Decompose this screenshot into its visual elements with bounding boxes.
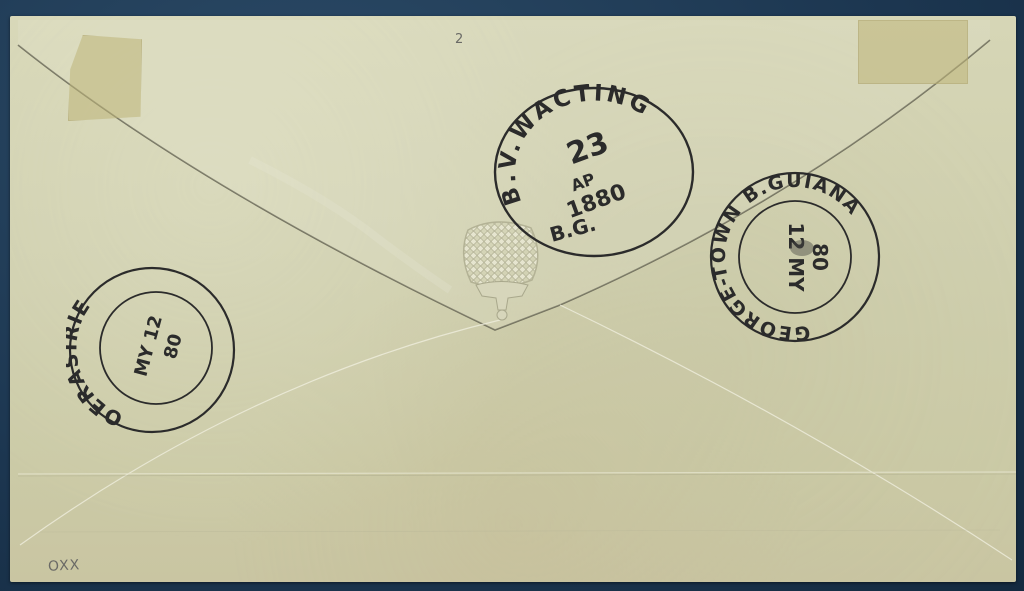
svg-text:OERASIRIE: OERASIRIE [66, 294, 126, 431]
postmark-date: MY 12 [131, 313, 167, 379]
postmark-ring-text: OERASIRIE [66, 294, 126, 431]
pencil-mark-bottom: OXX [48, 557, 81, 575]
postmark-date: 12 MY [784, 222, 808, 292]
postmark-georgetown: GEORGE-TOWN B.GUIANA 12 MY 80 [706, 170, 884, 344]
tape-piece-left [68, 35, 142, 121]
postmark-year: 80 [160, 332, 187, 362]
tape-piece-right [858, 20, 968, 84]
postmark-day: 23 [562, 125, 613, 172]
pencil-mark-top: 2 [455, 32, 463, 47]
postmark-bv-wacting: B.V.WACTING 23 AP 1880 B.G. [492, 84, 696, 260]
postmark-bottom-text: B.G. [547, 212, 598, 247]
postmark-oerasirie: OERASIRIE MY 12 80 [66, 264, 238, 436]
